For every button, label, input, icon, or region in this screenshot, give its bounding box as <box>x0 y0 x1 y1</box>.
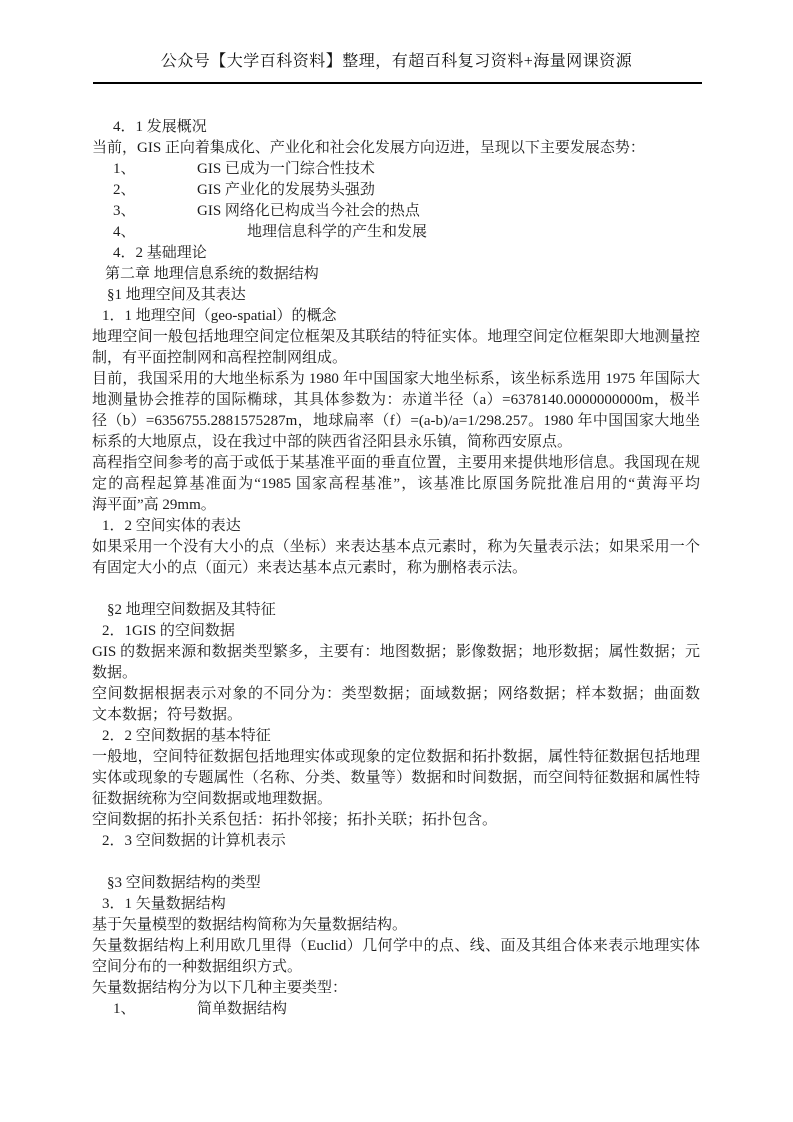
page-header-text: 公众号【大学百科资料】整理，有超百科复习资料+海量网课资源 <box>0 51 793 73</box>
text-line-para: 空间分布的一种数据组织方式。 <box>92 957 700 978</box>
text-line-h3: 1．1 地理空间（geo-spatial）的概念 <box>92 306 700 327</box>
text-line-para: GIS 的数据来源和数据类型繁多，主要有：地图数据；影像数据；地形数据；属性数据… <box>92 642 700 663</box>
text-line-h3: 2．3 空间数据的计算机表示 <box>92 831 700 852</box>
text-line-para: 有固定大小的点（面元）来表达基本点元素时，称为删格表示法。 <box>92 558 700 579</box>
list-number: 4、 <box>113 222 247 243</box>
text-line-para: 实体或现象的专题属性（名称、分类、数量等）数据和时间数据，而空间特征数据和属性特 <box>92 768 700 789</box>
list-text: 地理信息科学的产生和发展 <box>247 224 427 240</box>
text-line-para: 当前，GIS 正向着集成化、产业化和社会化发展方向迈进，呈现以下主要发展态势： <box>92 138 700 159</box>
list-text: 简单数据结构 <box>197 1001 287 1017</box>
text-line-mark: §3 空间数据结构的类型 <box>92 873 700 894</box>
text-line-para: 空间数据根据表示对象的不同分为：类型数据；面域数据；网络数据；样本数据；曲面数据… <box>92 684 700 705</box>
text-line-para: 一般地，空间特征数据包括地理实体或现象的定位数据和拓扑数据，属性特征数据包括地理 <box>92 747 700 768</box>
list-item-line: 1、简单数据结构 <box>92 999 700 1020</box>
list-text: GIS 产业化的发展势头强劲 <box>197 182 375 198</box>
blank-line <box>92 579 700 600</box>
text-line-h2: 4．2 基础理论 <box>92 243 700 264</box>
text-line-para: 目前，我国采用的大地坐标系为 1980 年中国国家大地坐标系，该坐标系选用 19… <box>92 369 700 390</box>
document-body: 4．1 发展概况当前，GIS 正向着集成化、产业化和社会化发展方向迈进，呈现以下… <box>92 117 700 1020</box>
text-line-para: 海平面”高 29mm。 <box>92 495 700 516</box>
list-number: 1、 <box>113 159 197 180</box>
text-line-para: 矢量数据结构上利用欧几里得（Euclid）几何学中的点、线、面及其组合体来表示地… <box>92 936 700 957</box>
list-item-line: 1、GIS 已成为一门综合性技术 <box>92 159 700 180</box>
blank-line <box>92 852 700 873</box>
text-line-para: 径（b）=6356755.2881575287m，地球扁率（f）=(a-b)/a… <box>92 411 700 432</box>
list-item-line: 3、GIS 网络化已构成当今社会的热点 <box>92 201 700 222</box>
list-item-line: 4、地理信息科学的产生和发展 <box>92 222 700 243</box>
text-line-para: 高程指空间参考的高于或低于某基准平面的垂直位置，主要用来提供地形信息。我国现在规 <box>92 453 700 474</box>
text-line-para: 地理空间一般包括地理空间定位框架及其联结的特征实体。地理空间定位框架即大地测量控 <box>92 327 700 348</box>
text-line-para: 文本数据；符号数据。 <box>92 705 700 726</box>
text-line-para: 数据。 <box>92 663 700 684</box>
list-item-line: 2、GIS 产业化的发展势头强劲 <box>92 180 700 201</box>
text-line-mark: §2 地理空间数据及其特征 <box>92 600 700 621</box>
text-line-para: 矢量数据结构分为以下几种主要类型： <box>92 978 700 999</box>
text-line-h3: 2．1GIS 的空间数据 <box>92 621 700 642</box>
text-line-h2: 4．1 发展概况 <box>92 117 700 138</box>
text-line-chapter: 第二章 地理信息系统的数据结构 <box>92 264 700 285</box>
text-line-para: 制，有平面控制网和高程控制网组成。 <box>92 348 700 369</box>
text-line-h3: 3．1 矢量数据结构 <box>92 894 700 915</box>
text-line-para: 基于矢量模型的数据结构简称为矢量数据结构。 <box>92 915 700 936</box>
list-number: 3、 <box>113 201 197 222</box>
text-line-para: 标系的大地原点，设在我过中部的陕西省泾阳县永乐镇，简称西安原点。 <box>92 432 700 453</box>
header-rule <box>93 82 702 84</box>
list-number: 2、 <box>113 180 197 201</box>
text-line-para: 征数据统称为空间数据或地理数据。 <box>92 789 700 810</box>
list-number: 1、 <box>113 999 197 1020</box>
document-page: 公众号【大学百科资料】整理，有超百科复习资料+海量网课资源 4．1 发展概况当前… <box>0 0 793 1122</box>
text-line-h3: 1．2 空间实体的表达 <box>92 516 700 537</box>
text-line-h3: 2．2 空间数据的基本特征 <box>92 726 700 747</box>
text-line-para: 定的高程起算基准面为“1985 国家高程基准”，该基准比原国务院批准启用的“黄海… <box>92 474 700 495</box>
text-line-para: 地测量协会推荐的国际椭球，其具体参数为：赤道半径（a）=6378140.0000… <box>92 390 700 411</box>
text-line-mark: §1 地理空间及其表达 <box>92 285 700 306</box>
text-line-para: 如果采用一个没有大小的点（坐标）来表达基本点元素时，称为矢量表示法；如果采用一个 <box>92 537 700 558</box>
list-text: GIS 已成为一门综合性技术 <box>197 161 375 177</box>
text-line-para: 空间数据的拓扑关系包括：拓扑邻接；拓扑关联；拓扑包含。 <box>92 810 700 831</box>
list-text: GIS 网络化已构成当今社会的热点 <box>197 203 420 219</box>
